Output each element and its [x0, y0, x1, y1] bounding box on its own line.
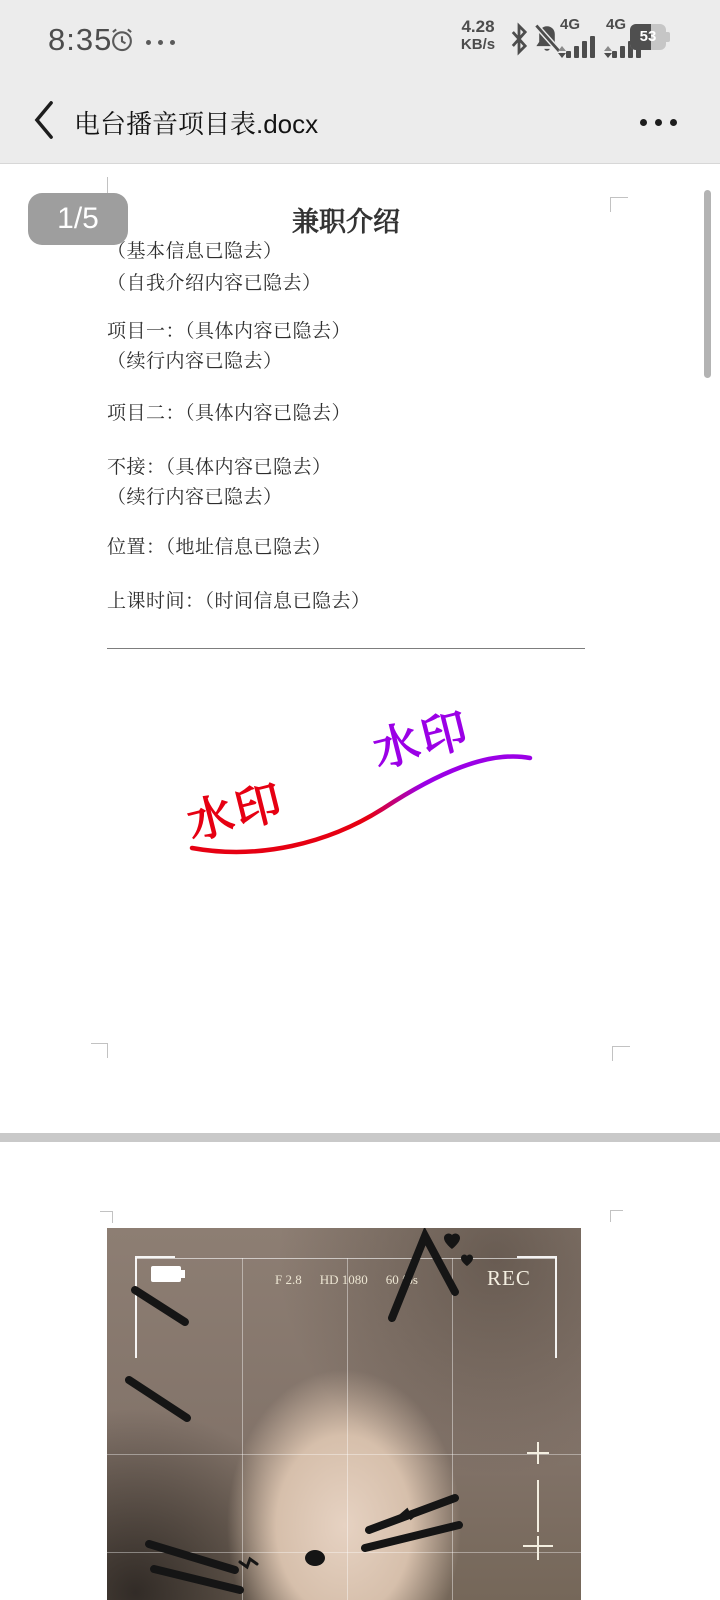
page-number-badge: 1/5 — [28, 193, 128, 245]
alarm-icon — [108, 26, 136, 59]
document-title-bar: 电台播音项目表.docx — [0, 80, 720, 164]
signal-sim1-icon: 4G — [560, 16, 600, 62]
document-divider-line — [107, 648, 585, 649]
page-separator — [0, 1133, 720, 1142]
doc-paragraph: （自我介绍内容已隐去） — [107, 268, 597, 295]
doc-paragraph: （基本信息已隐去） — [107, 236, 597, 263]
doc-paragraph: 上课时间：（时间信息已隐去） — [107, 586, 597, 613]
document-filename: 电台播音项目表.docx — [74, 104, 594, 141]
doc-paragraph: 项目一：（具体内容已隐去） — [107, 316, 597, 343]
more-options-button[interactable] — [630, 100, 686, 144]
back-chevron-icon — [31, 100, 57, 145]
clock-time: 8:35 — [48, 22, 112, 58]
page2-top-right-crop-mark — [610, 1210, 623, 1222]
doc-paragraph: （续行内容已隐去） — [107, 482, 597, 509]
back-button[interactable] — [22, 100, 66, 144]
document-scroll-area[interactable]: 1/5 兼职介绍 （基本信息已隐去） （自我介绍内容已隐去） 项目一：（具体内容… — [0, 164, 720, 1600]
doc-paragraph: （续行内容已隐去） — [107, 346, 597, 373]
sim1-network-type: 4G — [560, 16, 580, 33]
battery-icon: 53 — [630, 24, 670, 50]
network-speed: 4.28 KB/s — [452, 18, 504, 53]
doc-paragraph: 位置：（地址信息已隐去） — [107, 532, 597, 559]
doc-paragraph: 项目二：（具体内容已隐去） — [107, 398, 597, 425]
status-bar: 8:35 4.28 KB/s 4G — [0, 0, 720, 80]
battery-percent: 53 — [630, 28, 666, 45]
network-speed-value: 4.28 — [452, 18, 504, 37]
document-photo-placeholder: F 2.8 HD 1080 60 fps REC — [107, 1228, 581, 1600]
doc-paragraph: 不接：（具体内容已隐去） — [107, 452, 597, 479]
phone-screen: 8:35 4.28 KB/s 4G — [0, 0, 720, 1600]
photo-doodle-overlay — [107, 1228, 581, 1600]
sim2-network-type: 4G — [606, 16, 626, 33]
more-status-icons — [146, 40, 175, 45]
page1-top-right-crop-mark — [610, 197, 628, 212]
page2-top-left-crop-mark — [100, 1211, 113, 1223]
bluetooth-icon — [508, 22, 530, 61]
scrollbar-thumb[interactable] — [704, 190, 711, 378]
page1-bottom-right-crop-mark — [612, 1046, 630, 1061]
page1-bottom-left-crop-mark — [91, 1043, 108, 1058]
document-heading: 兼职介绍 — [107, 200, 585, 239]
network-speed-unit: KB/s — [452, 37, 504, 54]
